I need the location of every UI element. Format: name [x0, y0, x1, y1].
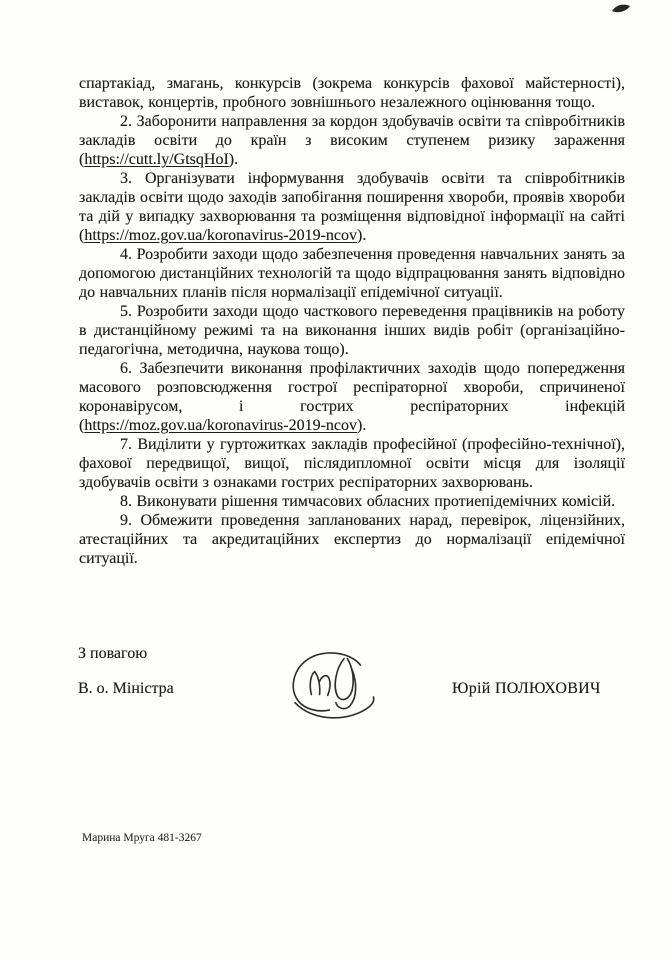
body-paragraph-4: 4. Розробити заходи щодо забезпечення пр…	[79, 245, 625, 302]
body-paragraph-8: 8. Виконувати рішення тимчасових обласни…	[79, 492, 625, 511]
letter-body: спартакіад, змагань, конкурсів (зокрема …	[79, 74, 625, 568]
signature-handwritten	[282, 646, 380, 730]
signer-role: В. о. Міністра	[78, 679, 174, 698]
link-cutt-ly[interactable]: https://cutt.ly/GtsqHoI	[84, 151, 228, 168]
paragraph-text: ).	[357, 417, 366, 434]
body-paragraph-2: 2. Заборонити направлення за кордон здоб…	[79, 112, 625, 169]
paragraph-text: ).	[357, 227, 366, 244]
body-paragraph-9: 9. Обмежити проведення запланованих нара…	[79, 511, 625, 568]
body-paragraph-5: 5. Розробити заходи щодо часткового пере…	[79, 302, 625, 359]
paragraph-text: 9. Обмежити проведення запланованих нара…	[79, 512, 625, 567]
paragraph-text: 8. Виконувати рішення тимчасових обласни…	[120, 493, 615, 510]
signer-name: Юрій ПОЛЮХОВИЧ	[452, 679, 601, 698]
closing-regards: З повагою	[78, 644, 147, 663]
body-paragraph-1: спартакіад, змагань, конкурсів (зокрема …	[79, 74, 625, 112]
paragraph-text: спартакіад, змагань, конкурсів (зокрема …	[79, 75, 625, 111]
paragraph-text: 4. Розробити заходи щодо забезпечення пр…	[79, 246, 625, 301]
paragraph-text: 7. Виділити у гуртожитках закладів профе…	[79, 436, 625, 491]
body-paragraph-6: 6. Забезпечити виконання профілактичних …	[79, 359, 625, 435]
link-moz-gov-koronavirus[interactable]: https://moz.gov.ua/koronavirus-2019-ncov	[84, 227, 357, 244]
body-paragraph-7: 7. Виділити у гуртожитках закладів профе…	[79, 435, 625, 492]
link-moz-gov-koronavirus-2[interactable]: https://moz.gov.ua/koronavirus-2019-ncov	[84, 417, 357, 434]
paragraph-text: 5. Розробити заходи щодо часткового пере…	[79, 303, 625, 358]
scan-artifact-mark	[610, 2, 634, 16]
scanned-letter-page: спартакіад, змагань, конкурсів (зокрема …	[0, 0, 672, 960]
executor-contact: Марина Мруга 481-3267	[82, 831, 202, 845]
body-paragraph-3: 3. Організувати інформування здобувачів …	[79, 169, 625, 245]
paragraph-text: ).	[229, 151, 238, 168]
